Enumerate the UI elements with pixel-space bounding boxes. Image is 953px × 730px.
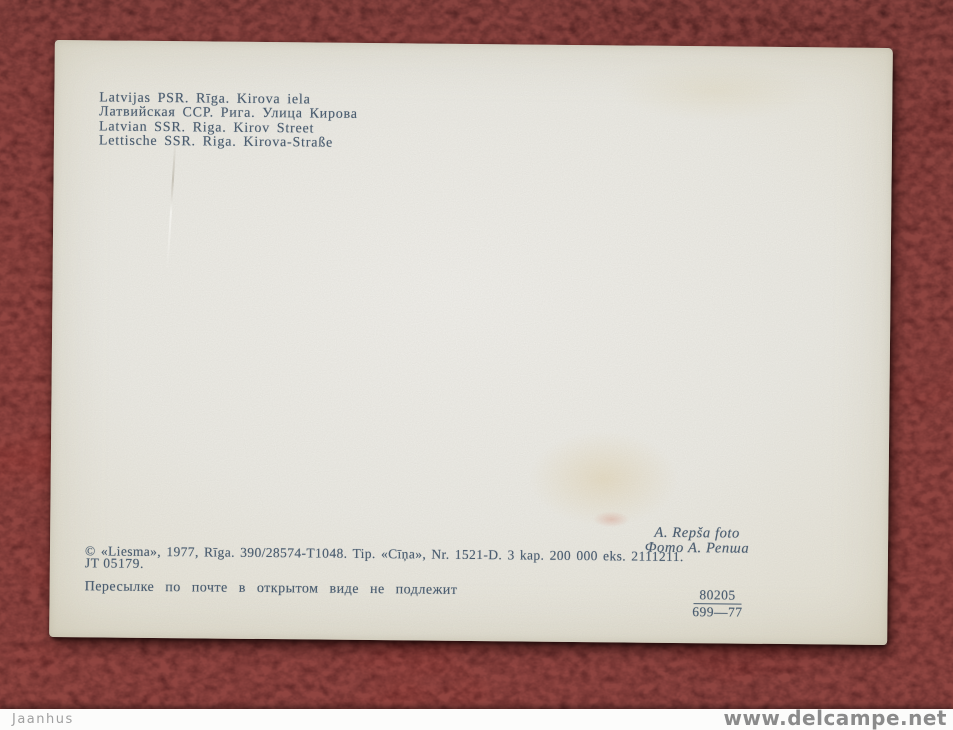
edge-toning-stain	[614, 60, 815, 122]
postcard-back: Latvijas PSR. Rīga. Kirova iela Латвийск…	[49, 40, 893, 645]
caption-block: Latvijas PSR. Rīga. Kirova iela Латвийск…	[99, 91, 358, 151]
site-watermark: www.delcampe.net	[723, 706, 947, 730]
postal-note: Пересылке по почте в открытом виде не по…	[85, 579, 458, 599]
publisher-imprint: © «Liesma», 1977, Rīga. 390/28574-T1048.…	[85, 543, 684, 565]
age-stain	[528, 431, 679, 527]
paper-crease	[166, 141, 176, 271]
watermark-band: Jaanhus www.delcampe.net	[0, 709, 953, 730]
caption-german: Lettische SSR. Riga. Kirova-Straße	[99, 135, 358, 152]
pink-smudge-stain	[593, 511, 629, 527]
seller-watermark: Jaanhus	[12, 712, 74, 727]
catalog-denominator: 699—77	[690, 604, 744, 620]
postcard-photo-scene: Latvijas PSR. Rīga. Kirova iela Латвийск…	[0, 0, 953, 730]
catalog-number: 80205 699—77	[690, 588, 744, 620]
print-code: JT 05179.	[85, 555, 144, 572]
catalog-numerator: 80205	[693, 588, 741, 604]
